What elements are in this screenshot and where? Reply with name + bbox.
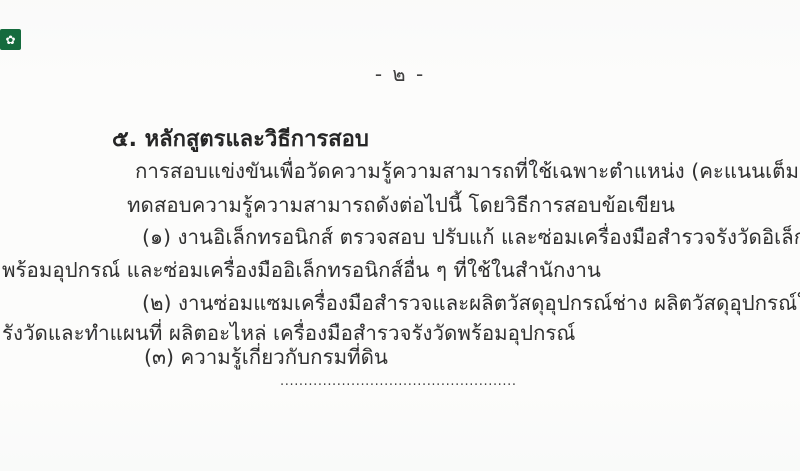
body-line-intro-2: ทดสอบความรู้ความสามารถดังต่อไปนี้ โดยวิธ… [127, 189, 675, 222]
body-line-intro-1: การสอบแข่งขันเพื่อวัดความรู้ความสามารถที… [135, 155, 800, 188]
green-badge: ✿ [0, 29, 21, 50]
page-number: - ๒ - [0, 58, 800, 90]
body-line-item-3: (๓) ความรู้เกี่ยวกับกรมที่ดิน [144, 341, 388, 374]
body-line-item-2: (๒) งานซ่อมแซมเครื่องมือสำรวจและผลิตวัสด… [142, 287, 800, 320]
scanned-document-page: ✿ - ๒ - ๕. หลักสูตรและวิธีการสอบ การสอบแ… [0, 0, 800, 471]
body-line-item-1: (๑) งานอิเล็กทรอนิกส์ ตรวจสอบ ปรับแก้ แล… [142, 221, 800, 254]
body-line-item-1-continued: พร้อมอุปกรณ์ และซ่อมเครื่องมืออิเล็กทรอน… [2, 254, 601, 287]
badge-flower-icon: ✿ [5, 34, 15, 46]
signature-dotted-line: ........................................… [280, 374, 517, 389]
section-heading: ๕. หลักสูตรและวิธีการสอบ [112, 121, 369, 156]
